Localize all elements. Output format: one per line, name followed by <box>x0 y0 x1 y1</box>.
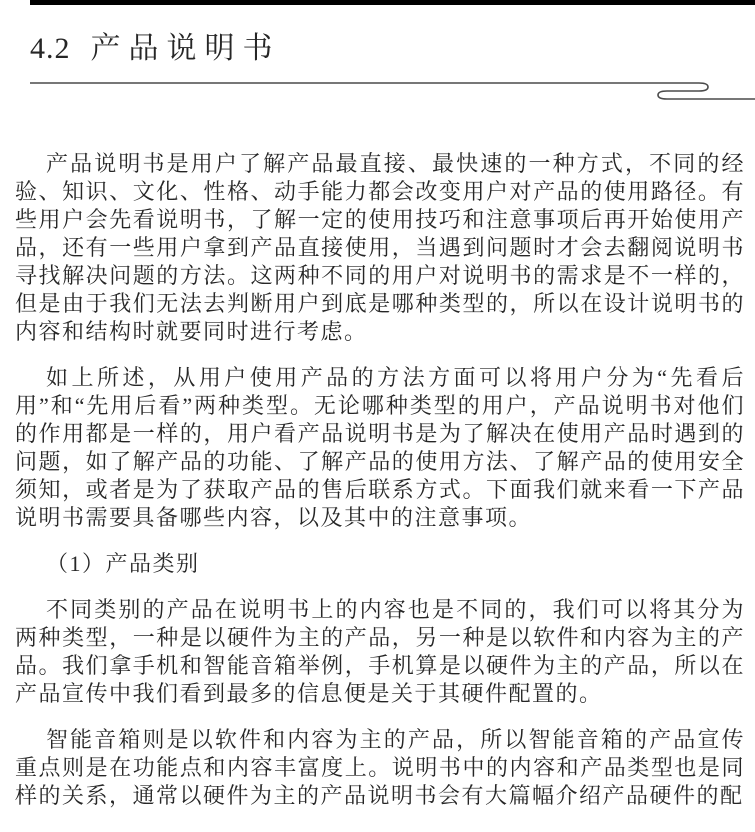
decorative-divider-rule <box>0 0 755 110</box>
body-text: 产品说明书是用户了解产品最直接、最快速的一种方式，不同的经验、知识、文化、性格、… <box>15 150 745 828</box>
subheading-product-category: （1）产品类别 <box>15 550 745 578</box>
paperclip-curl-line <box>30 83 755 99</box>
paragraph-user-types: 如上所述，从用户使用产品的方法方面可以将用户分为“先看后用”和“先用后看”两种类… <box>15 364 745 532</box>
paragraph-intro: 产品说明书是用户了解产品最直接、最快速的一种方式，不同的经验、知识、文化、性格、… <box>15 150 745 346</box>
paragraph-category-types: 不同类别的产品在说明书上的内容也是不同的，我们可以将其分为两种类型，一种是以硬件… <box>15 596 745 708</box>
paragraph-smart-speaker: 智能音箱则是以软件和内容为主的产品，所以智能音箱的产品宣传重点则是在功能点和内容… <box>15 726 745 810</box>
book-page: 4.2产品说明书 产品说明书是用户了解产品最直接、最快速的一种方式，不同的经验、… <box>0 0 755 832</box>
